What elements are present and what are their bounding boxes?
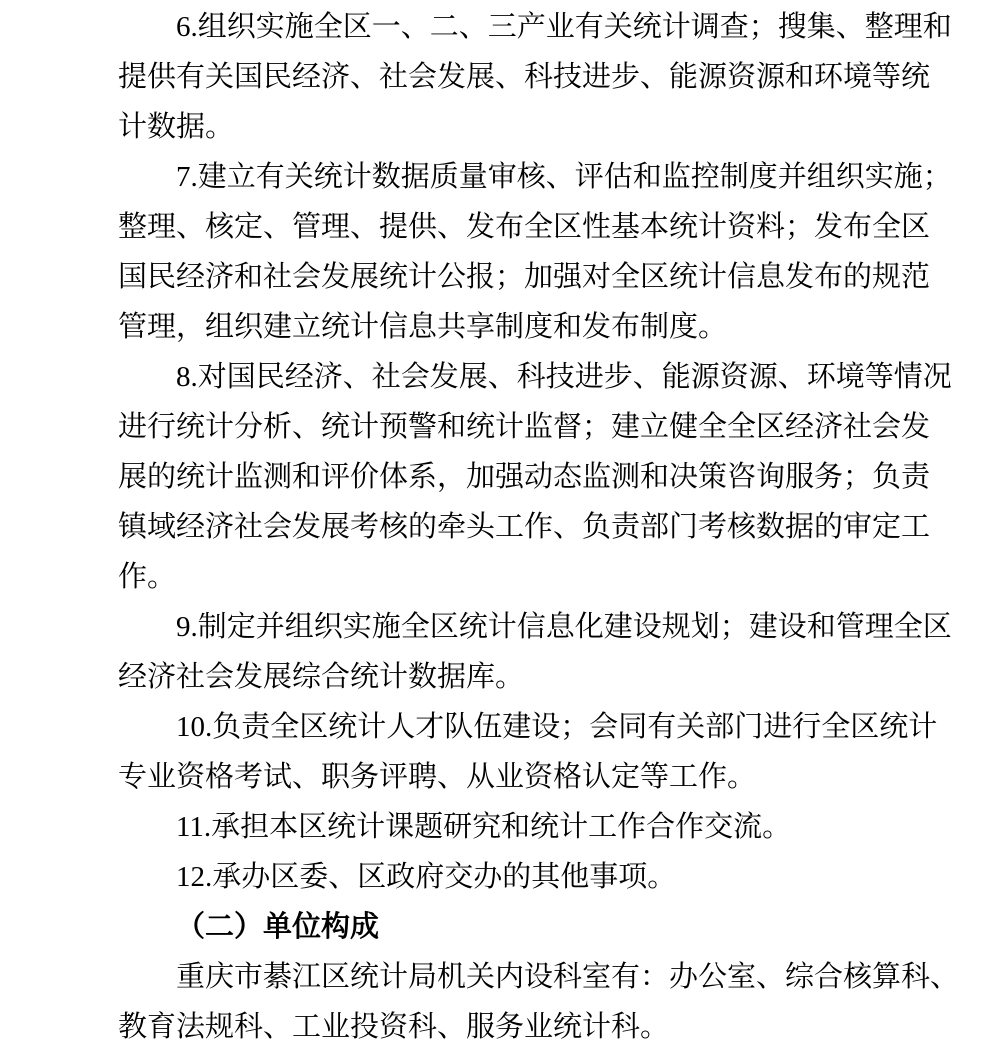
text-line: 计数据。 — [118, 102, 930, 152]
text-line: 10.负责全区统计人才队伍建设；会同有关部门进行全区统计 — [118, 702, 930, 752]
paragraph: 6.组织实施全区一、二、三产业有关统计调查；搜集、整理和提供有关国民经济、社会发… — [118, 2, 930, 152]
text-line: 展的统计监测和评价体系，加强动态监测和决策咨询服务；负责 — [118, 452, 930, 502]
paragraph: 8.对国民经济、社会发展、科技进步、能源资源、环境等情况进行统计分析、统计预警和… — [118, 352, 930, 602]
text-line: （二）单位构成 — [118, 902, 930, 952]
text-line: 9.制定并组织实施全区统计信息化建设规划；建设和管理全区 — [118, 602, 930, 652]
document-page: 6.组织实施全区一、二、三产业有关统计调查；搜集、整理和提供有关国民经济、社会发… — [0, 0, 1000, 1053]
text-line: 专业资格考试、职务评聘、从业资格认定等工作。 — [118, 752, 930, 802]
text-line: 作。 — [118, 552, 930, 602]
text-line: 8.对国民经济、社会发展、科技进步、能源资源、环境等情况 — [118, 352, 930, 402]
text-line: 11.承担本区统计课题研究和统计工作合作交流。 — [118, 802, 930, 852]
paragraph: 10.负责全区统计人才队伍建设；会同有关部门进行全区统计专业资格考试、职务评聘、… — [118, 702, 930, 802]
paragraph: 7.建立有关统计数据质量审核、评估和监控制度并组织实施；整理、核定、管理、提供、… — [118, 152, 930, 352]
text-line: 7.建立有关统计数据质量审核、评估和监控制度并组织实施； — [118, 152, 930, 202]
paragraph: 9.制定并组织实施全区统计信息化建设规划；建设和管理全区经济社会发展综合统计数据… — [118, 602, 930, 702]
section-heading: （二）单位构成 — [118, 902, 930, 952]
text-line: 提供有关国民经济、社会发展、科技进步、能源资源和环境等统 — [118, 52, 930, 102]
text-line: 教育法规科、工业投资科、服务业统计科。 — [118, 1002, 930, 1052]
paragraph: 12.承办区委、区政府交办的其他事项。 — [118, 852, 930, 902]
paragraph: 11.承担本区统计课题研究和统计工作合作交流。 — [118, 802, 930, 852]
text-line: 12.承办区委、区政府交办的其他事项。 — [118, 852, 930, 902]
text-line: 国民经济和社会发展统计公报；加强对全区统计信息发布的规范 — [118, 252, 930, 302]
text-line: 重庆市綦江区统计局机关内设科室有：办公室、综合核算科、 — [118, 952, 930, 1002]
text-line: 整理、核定、管理、提供、发布全区性基本统计资料；发布全区 — [118, 202, 930, 252]
text-line: 6.组织实施全区一、二、三产业有关统计调查；搜集、整理和 — [118, 2, 930, 52]
document-body: 6.组织实施全区一、二、三产业有关统计调查；搜集、整理和提供有关国民经济、社会发… — [118, 2, 930, 1052]
paragraph: 重庆市綦江区统计局机关内设科室有：办公室、综合核算科、教育法规科、工业投资科、服… — [118, 952, 930, 1052]
text-line: 进行统计分析、统计预警和统计监督；建立健全全区经济社会发 — [118, 402, 930, 452]
text-line: 管理，组织建立统计信息共享制度和发布制度。 — [118, 302, 930, 352]
text-line: 镇域经济社会发展考核的牵头工作、负责部门考核数据的审定工 — [118, 502, 930, 552]
text-line: 经济社会发展综合统计数据库。 — [118, 652, 930, 702]
